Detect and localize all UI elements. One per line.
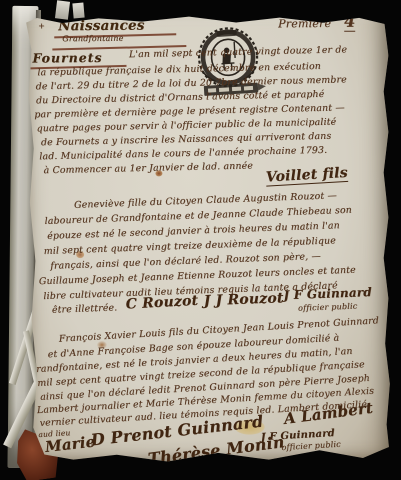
binding-tab <box>72 3 84 19</box>
birth-record-francois: François Xavier Louis fils du Citoyen Je… <box>4 0 391 464</box>
manuscript-page: + Naissances Grandfontaine Fournets Prem… <box>26 10 392 463</box>
manuscript-photo: + Naissances Grandfontaine Fournets Prem… <box>0 0 401 480</box>
binding-tab <box>55 0 70 19</box>
